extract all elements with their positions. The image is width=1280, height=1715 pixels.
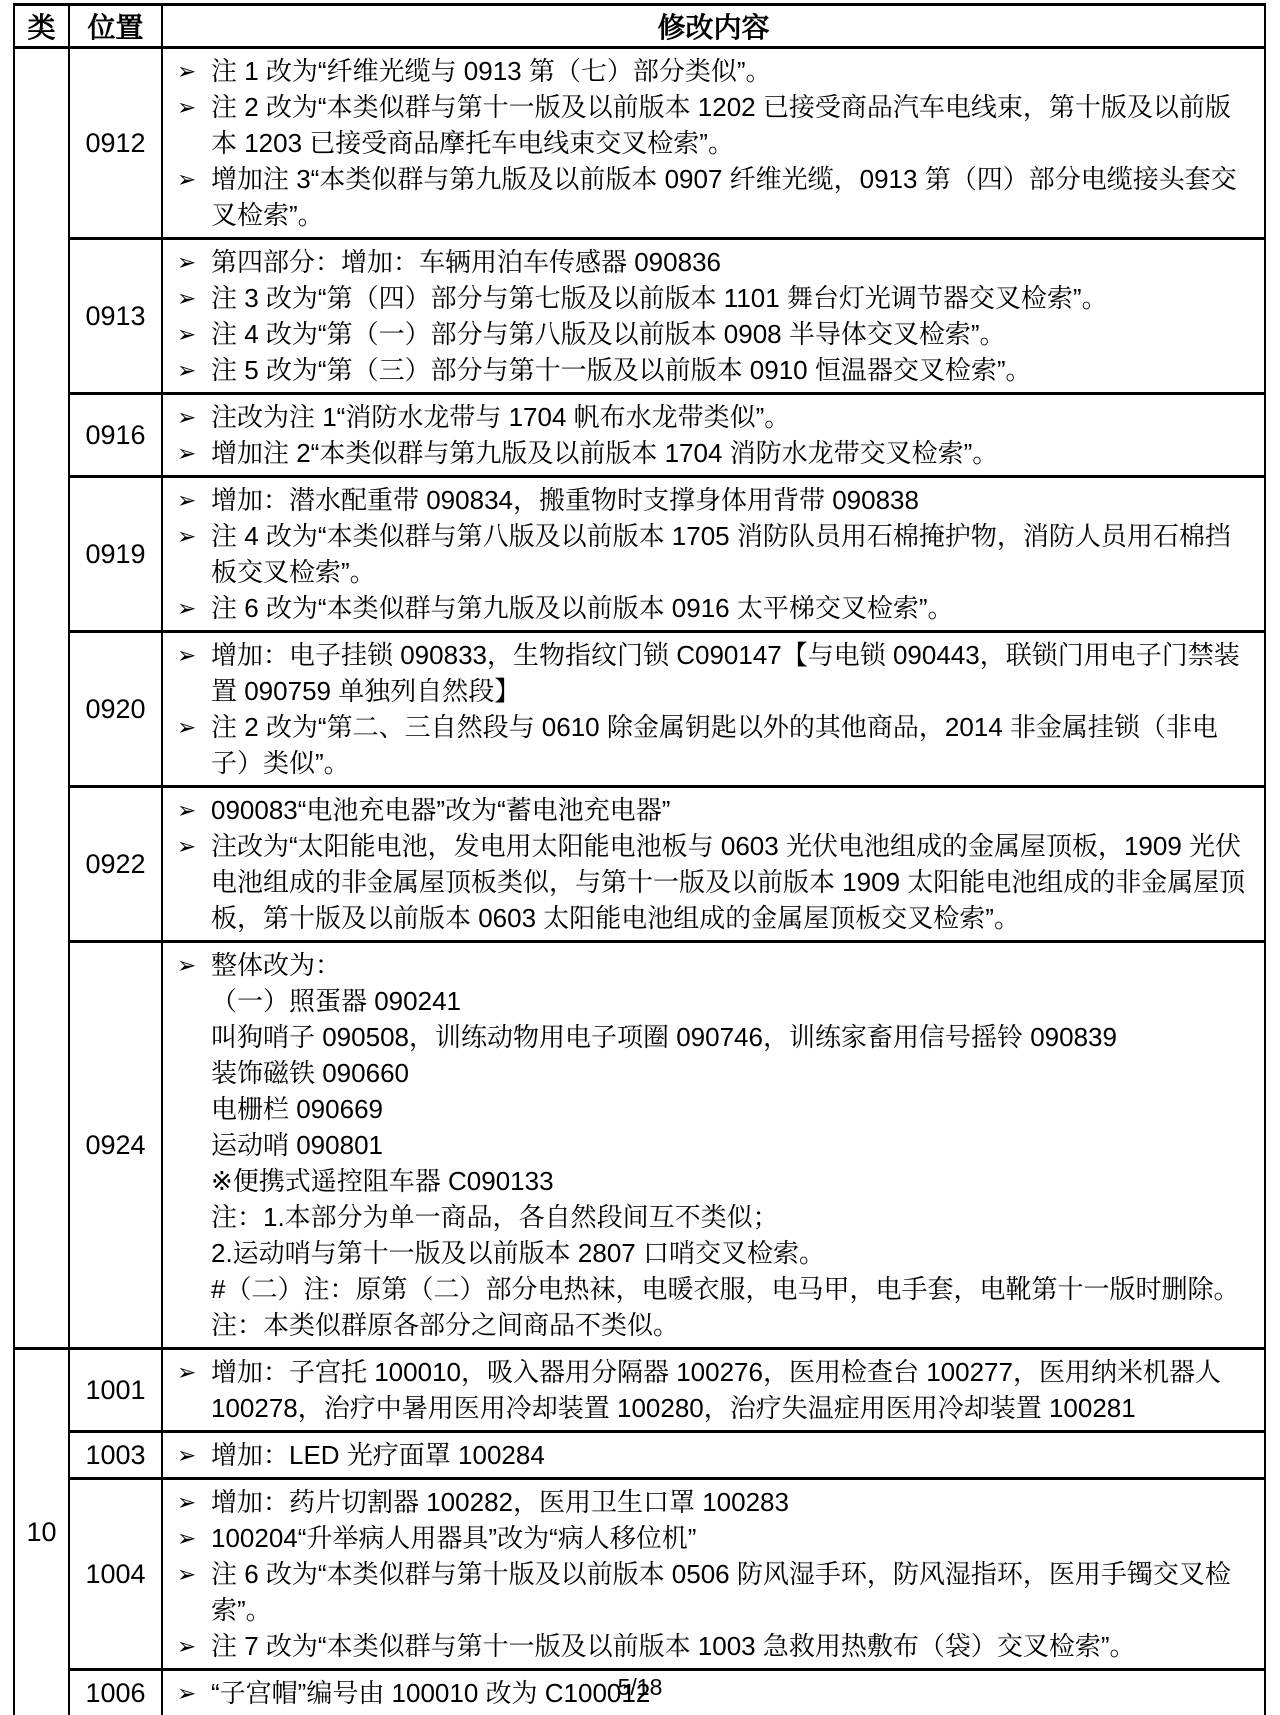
item-text: 注：本类似群原各部分之间商品不类似。 [211,1310,679,1340]
header-position: 位置 [69,5,162,48]
arrow-bullet-icon: ➢ [177,1484,196,1520]
bullet-item: ➢增加：电子挂锁 090833，生物指纹门锁 C090147【与电锁 09044… [163,637,1256,709]
arrow-bullet-icon: ➢ [177,947,196,983]
item-text: 叫狗哨子 090508，训练动物用电子项圈 090746，训练家畜用信号摇铃 0… [211,1022,1117,1052]
text-line: 叫狗哨子 090508，训练动物用电子项圈 090746，训练家畜用信号摇铃 0… [163,1019,1256,1055]
content-cell: ➢增加：子宫托 100010，吸入器用分隔器 100276，医用检查台 1002… [162,1349,1265,1432]
item-text: 注 6 改为“本类似群与第九版及以前版本 0916 太平梯交叉检索”。 [211,593,954,623]
text-line: （一）照蛋器 090241 [163,983,1256,1019]
item-text: 整体改为： [211,950,341,980]
arrow-bullet-icon: ➢ [177,89,196,125]
text-line: 2.运动哨与第十一版及以前版本 2807 口哨交叉检索。 [163,1235,1256,1271]
arrow-bullet-icon: ➢ [177,1354,196,1390]
item-text: 注 4 改为“本类似群与第八版及以前版本 1705 消防队员用石棉掩护物，消防人… [211,521,1231,587]
table-row: 0924➢整体改为：（一）照蛋器 090241叫狗哨子 090508，训练动物用… [14,942,1265,1349]
position-cell: 1004 [69,1479,162,1670]
bullet-item: ➢增加注 3“本类似群与第九版及以前版本 0907 纤维光缆，0913 第（四）… [163,161,1256,233]
table-header-row: 类 位置 修改内容 [14,5,1265,48]
content-cell: ➢增加：电子挂锁 090833，生物指纹门锁 C090147【与电锁 09044… [162,632,1265,787]
item-text: 电栅栏 090669 [211,1094,383,1124]
table-row: 0913➢第四部分：增加：车辆用泊车传感器 090836➢注 3 改为“第（四）… [14,239,1265,394]
bullet-item: ➢第四部分：增加：车辆用泊车传感器 090836 [163,244,1256,280]
page-number: 5/18 [0,1674,1280,1701]
text-line: 运动哨 090801 [163,1127,1256,1163]
arrow-bullet-icon: ➢ [177,352,196,388]
arrow-bullet-icon: ➢ [177,590,196,626]
item-text: 注改为注 1“消防水龙带与 1704 帆布水龙带类似”。 [211,402,790,432]
arrow-bullet-icon: ➢ [177,792,196,828]
text-line: 电栅栏 090669 [163,1091,1256,1127]
position-cell: 0922 [69,787,162,942]
item-text: 注改为“太阳能电池，发电用太阳能电池板与 0603 光伏电池组成的金属屋顶板，1… [211,831,1245,933]
document-page: 类 位置 修改内容 0912➢注 1 改为“纤维光缆与 0913 第（七）部分类… [0,0,1280,1715]
arrow-bullet-icon: ➢ [177,637,196,673]
item-text: 运动哨 090801 [211,1130,383,1160]
class-cell: 10 [14,1349,69,1715]
changes-table: 类 位置 修改内容 0912➢注 1 改为“纤维光缆与 0913 第（七）部分类… [13,3,1266,1715]
text-line: ※便携式遥控阻车器 C090133 [163,1163,1256,1199]
bullet-item: ➢增加：子宫托 100010，吸入器用分隔器 100276，医用检查台 1002… [163,1354,1256,1426]
item-text: 注 7 改为“本类似群与第十一版及以前版本 1003 急救用热敷布（袋）交叉检索… [211,1631,1136,1661]
bullet-item: ➢注 6 改为“本类似群与第九版及以前版本 0916 太平梯交叉检索”。 [163,590,1256,626]
bullet-item: ➢增加注 2“本类似群与第九版及以前版本 1704 消防水龙带交叉检索”。 [163,435,1256,471]
bullet-item: ➢注 5 改为“第（三）部分与第十一版及以前版本 0910 恒温器交叉检索”。 [163,352,1256,388]
arrow-bullet-icon: ➢ [177,1556,196,1592]
arrow-bullet-icon: ➢ [177,828,196,864]
table-row: 1003➢增加：LED 光疗面罩 100284 [14,1432,1265,1479]
bullet-item: ➢090083“电池充电器”改为“蓄电池充电器” [163,792,1256,828]
item-text: 增加：子宫托 100010，吸入器用分隔器 100276，医用检查台 10027… [211,1357,1221,1423]
position-cell: 0920 [69,632,162,787]
content-cell: ➢增加：潜水配重带 090834，搬重物时支撑身体用背带 090838➢注 4 … [162,477,1265,632]
bullet-item: ➢注改为“太阳能电池，发电用太阳能电池板与 0603 光伏电池组成的金属屋顶板，… [163,828,1256,936]
item-text: ※便携式遥控阻车器 C090133 [211,1166,554,1196]
item-text: 100204“升举病人用器具”改为“病人移位机” [211,1523,696,1553]
header-content: 修改内容 [162,5,1265,48]
item-text: 注：1.本部分为单一商品，各自然段间互不类似； [211,1202,779,1232]
content-cell: ➢增加：LED 光疗面罩 100284 [162,1432,1265,1479]
item-text: 增加：潜水配重带 090834，搬重物时支撑身体用背带 090838 [211,485,919,515]
header-class: 类 [14,5,69,48]
item-text: 注 2 改为“第二、三自然段与 0610 除金属钥匙以外的其他商品，2014 非… [211,712,1218,778]
table-row: 0919➢增加：潜水配重带 090834，搬重物时支撑身体用背带 090838➢… [14,477,1265,632]
content-cell: ➢090083“电池充电器”改为“蓄电池充电器”➢注改为“太阳能电池，发电用太阳… [162,787,1265,942]
arrow-bullet-icon: ➢ [177,1437,196,1473]
content-cell: ➢整体改为：（一）照蛋器 090241叫狗哨子 090508，训练动物用电子项圈… [162,942,1265,1349]
item-text: 注 4 改为“第（一）部分与第八版及以前版本 0908 半导体交叉检索”。 [211,319,1006,349]
position-cell: 0919 [69,477,162,632]
arrow-bullet-icon: ➢ [177,161,196,197]
item-text: 第四部分：增加：车辆用泊车传感器 090836 [211,247,721,277]
content-cell: ➢注改为注 1“消防水龙带与 1704 帆布水龙带类似”。➢增加注 2“本类似群… [162,394,1265,477]
bullet-item: ➢注 6 改为“本类似群与第十版及以前版本 0506 防风湿手环，防风湿指环，医… [163,1556,1256,1628]
content-cell: ➢第四部分：增加：车辆用泊车传感器 090836➢注 3 改为“第（四）部分与第… [162,239,1265,394]
item-text: 090083“电池充电器”改为“蓄电池充电器” [211,795,670,825]
arrow-bullet-icon: ➢ [177,316,196,352]
bullet-item: ➢注改为注 1“消防水龙带与 1704 帆布水龙带类似”。 [163,399,1256,435]
content-cell: ➢增加：药片切割器 100282，医用卫生口罩 100283➢100204“升举… [162,1479,1265,1670]
position-cell: 0913 [69,239,162,394]
text-line: 装饰磁铁 090660 [163,1055,1256,1091]
arrow-bullet-icon: ➢ [177,53,196,89]
position-cell: 0912 [69,48,162,239]
item-text: （一）照蛋器 090241 [211,986,461,1016]
item-text: #（二）注：原第（二）部分电热袜，电暖衣服，电马甲，电手套，电靴第十一版时删除。 [211,1274,1239,1304]
class-cell [14,48,69,1349]
bullet-item: ➢注 4 改为“第（一）部分与第八版及以前版本 0908 半导体交叉检索”。 [163,316,1256,352]
arrow-bullet-icon: ➢ [177,435,196,471]
table-row: 101001➢增加：子宫托 100010，吸入器用分隔器 100276，医用检查… [14,1349,1265,1432]
bullet-item: ➢增加：LED 光疗面罩 100284 [163,1437,1256,1473]
arrow-bullet-icon: ➢ [177,399,196,435]
table-row: 0922➢090083“电池充电器”改为“蓄电池充电器”➢注改为“太阳能电池，发… [14,787,1265,942]
item-text: 增加注 3“本类似群与第九版及以前版本 0907 纤维光缆，0913 第（四）部… [211,164,1237,230]
position-cell: 0924 [69,942,162,1349]
item-text: 增加注 2“本类似群与第九版及以前版本 1704 消防水龙带交叉检索”。 [211,438,998,468]
text-line: #（二）注：原第（二）部分电热袜，电暖衣服，电马甲，电手套，电靴第十一版时删除。 [163,1271,1256,1307]
item-text: 装饰磁铁 090660 [211,1058,409,1088]
position-cell: 1001 [69,1349,162,1432]
table-row: 0920➢增加：电子挂锁 090833，生物指纹门锁 C090147【与电锁 0… [14,632,1265,787]
item-text: 2.运动哨与第十一版及以前版本 2807 口哨交叉检索。 [211,1238,825,1268]
bullet-item: ➢注 7 改为“本类似群与第十一版及以前版本 1003 急救用热敷布（袋）交叉检… [163,1628,1256,1664]
item-text: 增加：药片切割器 100282，医用卫生口罩 100283 [211,1487,789,1517]
arrow-bullet-icon: ➢ [177,518,196,554]
bullet-item: ➢整体改为： [163,947,1256,983]
arrow-bullet-icon: ➢ [177,280,196,316]
bullet-item: ➢注 3 改为“第（四）部分与第七版及以前版本 1101 舞台灯光调节器交叉检索… [163,280,1256,316]
item-text: 注 2 改为“本类似群与第十一版及以前版本 1202 已接受商品汽车电线束，第十… [211,92,1231,158]
bullet-item: ➢注 2 改为“第二、三自然段与 0610 除金属钥匙以外的其他商品，2014 … [163,709,1256,781]
bullet-item: ➢注 1 改为“纤维光缆与 0913 第（七）部分类似”。 [163,53,1256,89]
arrow-bullet-icon: ➢ [177,709,196,745]
arrow-bullet-icon: ➢ [177,244,196,280]
bullet-item: ➢注 4 改为“本类似群与第八版及以前版本 1705 消防队员用石棉掩护物，消防… [163,518,1256,590]
item-text: 增加：电子挂锁 090833，生物指纹门锁 C090147【与电锁 090443… [211,640,1240,706]
position-cell: 1003 [69,1432,162,1479]
text-line: 注：1.本部分为单一商品，各自然段间互不类似； [163,1199,1256,1235]
bullet-item: ➢100204“升举病人用器具”改为“病人移位机” [163,1520,1256,1556]
bullet-item: ➢注 2 改为“本类似群与第十一版及以前版本 1202 已接受商品汽车电线束，第… [163,89,1256,161]
bullet-item: ➢增加：药片切割器 100282，医用卫生口罩 100283 [163,1484,1256,1520]
content-cell: ➢注 1 改为“纤维光缆与 0913 第（七）部分类似”。➢注 2 改为“本类似… [162,48,1265,239]
item-text: 注 1 改为“纤维光缆与 0913 第（七）部分类似”。 [211,56,772,86]
item-text: 注 5 改为“第（三）部分与第十一版及以前版本 0910 恒温器交叉检索”。 [211,355,1032,385]
changes-table-body: 类 位置 修改内容 0912➢注 1 改为“纤维光缆与 0913 第（七）部分类… [14,5,1265,1715]
text-line: 注：本类似群原各部分之间商品不类似。 [163,1307,1256,1343]
item-text: 增加：LED 光疗面罩 100284 [211,1440,545,1470]
arrow-bullet-icon: ➢ [177,1520,196,1556]
table-row: 0916➢注改为注 1“消防水龙带与 1704 帆布水龙带类似”。➢增加注 2“… [14,394,1265,477]
arrow-bullet-icon: ➢ [177,1628,196,1664]
item-text: 注 3 改为“第（四）部分与第七版及以前版本 1101 舞台灯光调节器交叉检索”… [211,283,1108,313]
table-row: 0912➢注 1 改为“纤维光缆与 0913 第（七）部分类似”。➢注 2 改为… [14,48,1265,239]
bullet-item: ➢增加：潜水配重带 090834，搬重物时支撑身体用背带 090838 [163,482,1256,518]
position-cell: 0916 [69,394,162,477]
table-row: 1004➢增加：药片切割器 100282，医用卫生口罩 100283➢10020… [14,1479,1265,1670]
arrow-bullet-icon: ➢ [177,482,196,518]
item-text: 注 6 改为“本类似群与第十版及以前版本 0506 防风湿手环，防风湿指环，医用… [211,1559,1231,1625]
